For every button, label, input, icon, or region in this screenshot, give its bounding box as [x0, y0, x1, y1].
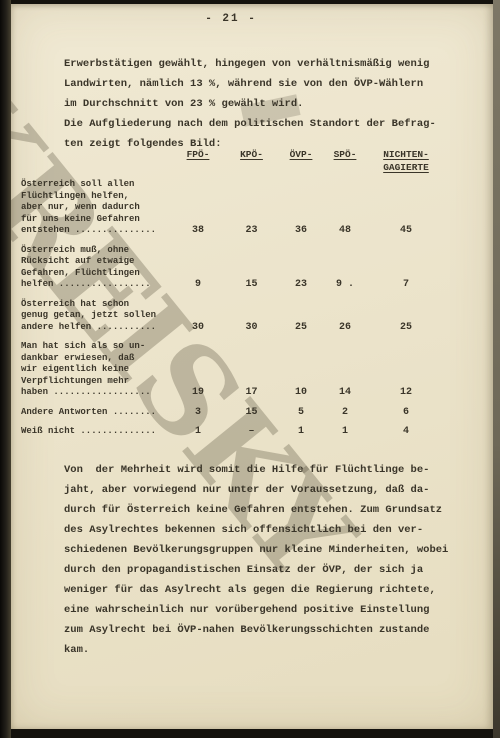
cell-value: 1 [324, 426, 366, 438]
cell-value: 9 . [324, 279, 366, 291]
page-number: - 21 - [21, 12, 493, 26]
cell-value: 36 [278, 225, 324, 237]
cell-value: 23 [225, 225, 278, 237]
table-row: Österreich hat schon genug getan, jetzt … [21, 299, 493, 334]
cell-value: 30 [171, 322, 225, 334]
cell-value: 17 [225, 387, 278, 399]
cell-value: 5 [278, 407, 324, 419]
cell-value: 23 [278, 279, 324, 291]
cell-value: 15 [225, 279, 278, 291]
cell-value: 26 [324, 322, 366, 334]
scanned-document-page: KREISKY - 21 - Erwerbstätigen gewählt, h… [0, 0, 500, 738]
cell-value: 7 [366, 279, 446, 291]
cell-value: 4 [366, 426, 446, 438]
survey-results-table: FPÖ- KPÖ- ÖVP- SPÖ- NICHTEN- GAGIERTE Ös… [21, 148, 493, 438]
column-header-kpoe: KPÖ- [225, 148, 278, 161]
row-label: Weiß nicht .............. [21, 426, 171, 438]
cell-value: 10 [278, 387, 324, 399]
cell-value: 1 [171, 426, 225, 438]
cell-value: 9 [171, 279, 225, 291]
cell-value: 48 [324, 225, 366, 237]
column-header-spoe: SPÖ- [324, 148, 366, 161]
table-header-row: FPÖ- KPÖ- ÖVP- SPÖ- NICHTEN- GAGIERTE [21, 148, 493, 174]
cell-value: 19 [171, 387, 225, 399]
cell-value: – [225, 426, 278, 438]
cell-value: 30 [225, 322, 278, 334]
paragraph-voters: Erwerbstätigen gewählt, hingegen von ver… [64, 54, 466, 114]
cell-value: 12 [366, 387, 446, 399]
column-header-fpoe: FPÖ- [171, 148, 225, 161]
table-row: Weiß nicht .............. 1 – 1 1 4 [21, 426, 493, 438]
table-header-spacer [21, 148, 171, 174]
paragraph-conclusion: Von der Mehrheit wird somit die Hilfe fü… [64, 460, 466, 660]
row-label: Österreich soll allen Flüchtlingen helfe… [21, 179, 171, 237]
row-label: Man hat sich als so un- dankbar erwiesen… [21, 341, 171, 399]
scan-edge-right [493, 0, 500, 738]
cell-value: 3 [171, 407, 225, 419]
paper-sheet: KREISKY - 21 - Erwerbstätigen gewählt, h… [11, 4, 493, 729]
cell-value: 15 [225, 407, 278, 419]
column-header-oevp: ÖVP- [278, 148, 324, 161]
table-row: Man hat sich als so un- dankbar erwiesen… [21, 341, 493, 399]
cell-value: 38 [171, 225, 225, 237]
column-header-nichtengagierte: NICHTEN- GAGIERTE [366, 148, 446, 174]
cell-value: 45 [366, 225, 446, 237]
row-label: Österreich hat schon genug getan, jetzt … [21, 299, 171, 334]
row-label: Österreich muß, ohne Rücksicht auf etwai… [21, 245, 171, 291]
cell-value: 6 [366, 407, 446, 419]
cell-value: 14 [324, 387, 366, 399]
cell-value: 1 [278, 426, 324, 438]
page-content: - 21 - Erwerbstätigen gewählt, hingegen … [11, 4, 493, 660]
table-row: Österreich soll allen Flüchtlingen helfe… [21, 179, 493, 237]
table-row: Andere Antworten ........ 3 15 5 2 6 [21, 407, 493, 419]
cell-value: 25 [278, 322, 324, 334]
cell-value: 2 [324, 407, 366, 419]
scan-edge-left [0, 0, 11, 738]
table-row: Österreich muß, ohne Rücksicht auf etwai… [21, 245, 493, 291]
row-label: Andere Antworten ........ [21, 407, 171, 419]
cell-value: 25 [366, 322, 446, 334]
